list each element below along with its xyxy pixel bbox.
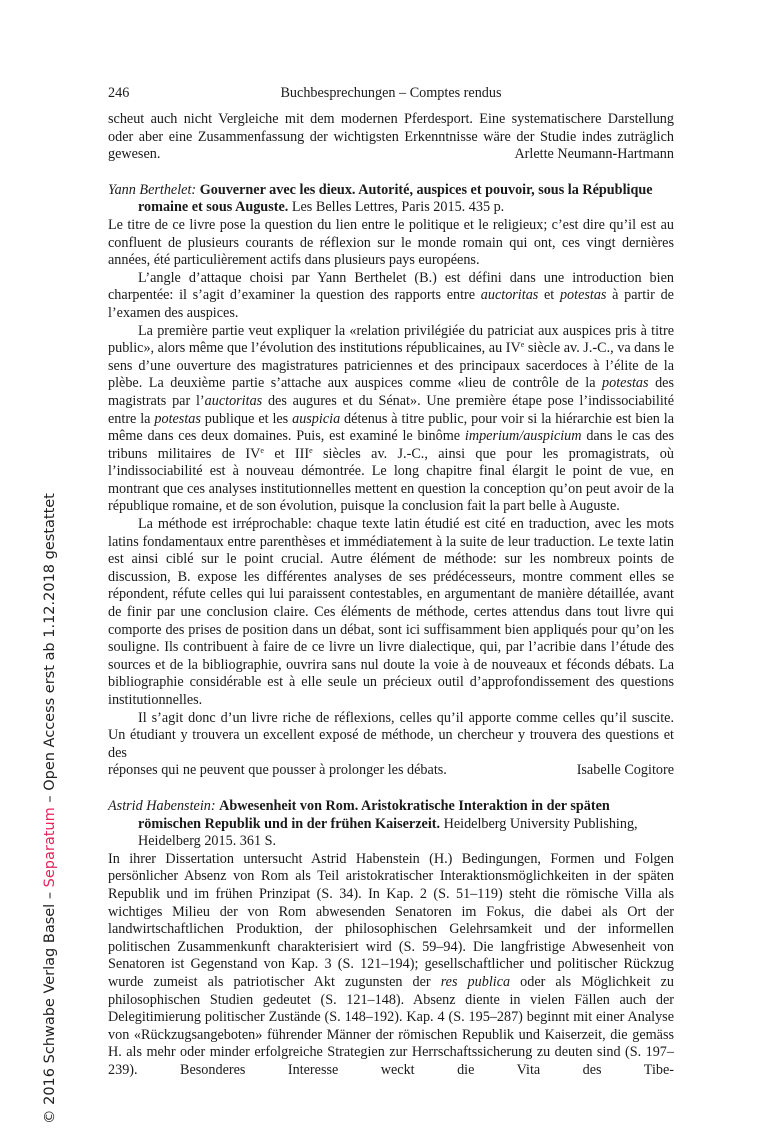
reviewer-name: Arlette Neumann-Hartmann bbox=[514, 146, 674, 164]
signature-line: réponses qui ne peuvent que pousser à pr… bbox=[108, 762, 674, 780]
paragraph: scheut auch nicht Vergleiche mit dem mod… bbox=[108, 111, 674, 146]
book-author: Astrid Habenstein: bbox=[108, 798, 216, 814]
paragraph: In ihrer Dissertation untersucht Astrid … bbox=[108, 851, 674, 1080]
paragraph-end: gewesen. bbox=[108, 146, 160, 164]
paragraph: Il s’agit donc d’un livre riche de réfle… bbox=[108, 710, 674, 763]
open-access-note: – Open Access erst ab 1.12.2018 gestatte… bbox=[42, 493, 58, 807]
page-body: 246 Buchbesprechungen – Comptes rendus s… bbox=[108, 85, 674, 1079]
paragraph: L’angle d’attaque choisi par Yann Berthe… bbox=[108, 270, 674, 323]
review-habenstein: Astrid Habenstein: Abwesenheit von Rom. … bbox=[108, 798, 674, 1080]
paragraph: Le titre de ce livre pose la question du… bbox=[108, 217, 674, 270]
bibliographic-entry: Astrid Habenstein: Abwesenheit von Rom. … bbox=[108, 798, 674, 851]
previous-review-end: scheut auch nicht Vergleiche mit dem mod… bbox=[108, 111, 674, 164]
copyright-sidebar: © 2016 Schwabe Verlag Basel – Separatum … bbox=[42, 493, 58, 1124]
review-berthelet: Yann Berthelet: Gouverner avec les dieux… bbox=[108, 182, 674, 780]
copyright-text: © 2016 Schwabe Verlag Basel – bbox=[42, 887, 58, 1124]
bibliographic-entry: Yann Berthelet: Gouverner avec les dieux… bbox=[108, 182, 674, 217]
paragraph-end: réponses qui ne peuvent que pousser à pr… bbox=[108, 762, 447, 780]
paragraph: La première partie veut expliquer la «re… bbox=[108, 323, 674, 517]
book-author: Yann Berthelet: bbox=[108, 182, 196, 198]
separatum-label: Separatum bbox=[42, 807, 58, 887]
running-title: Buchbesprechungen – Comptes rendus bbox=[108, 85, 674, 103]
signature-line: gewesen. Arlette Neumann-Hartmann bbox=[108, 146, 674, 164]
publication-info: Les Belles Lettres, Paris 2015. 435 p. bbox=[292, 199, 504, 215]
paragraph: La méthode est irréprochable: chaque tex… bbox=[108, 516, 674, 710]
running-header: 246 Buchbesprechungen – Comptes rendus bbox=[108, 85, 674, 103]
reviewer-name: Isabelle Cogitore bbox=[577, 762, 674, 780]
